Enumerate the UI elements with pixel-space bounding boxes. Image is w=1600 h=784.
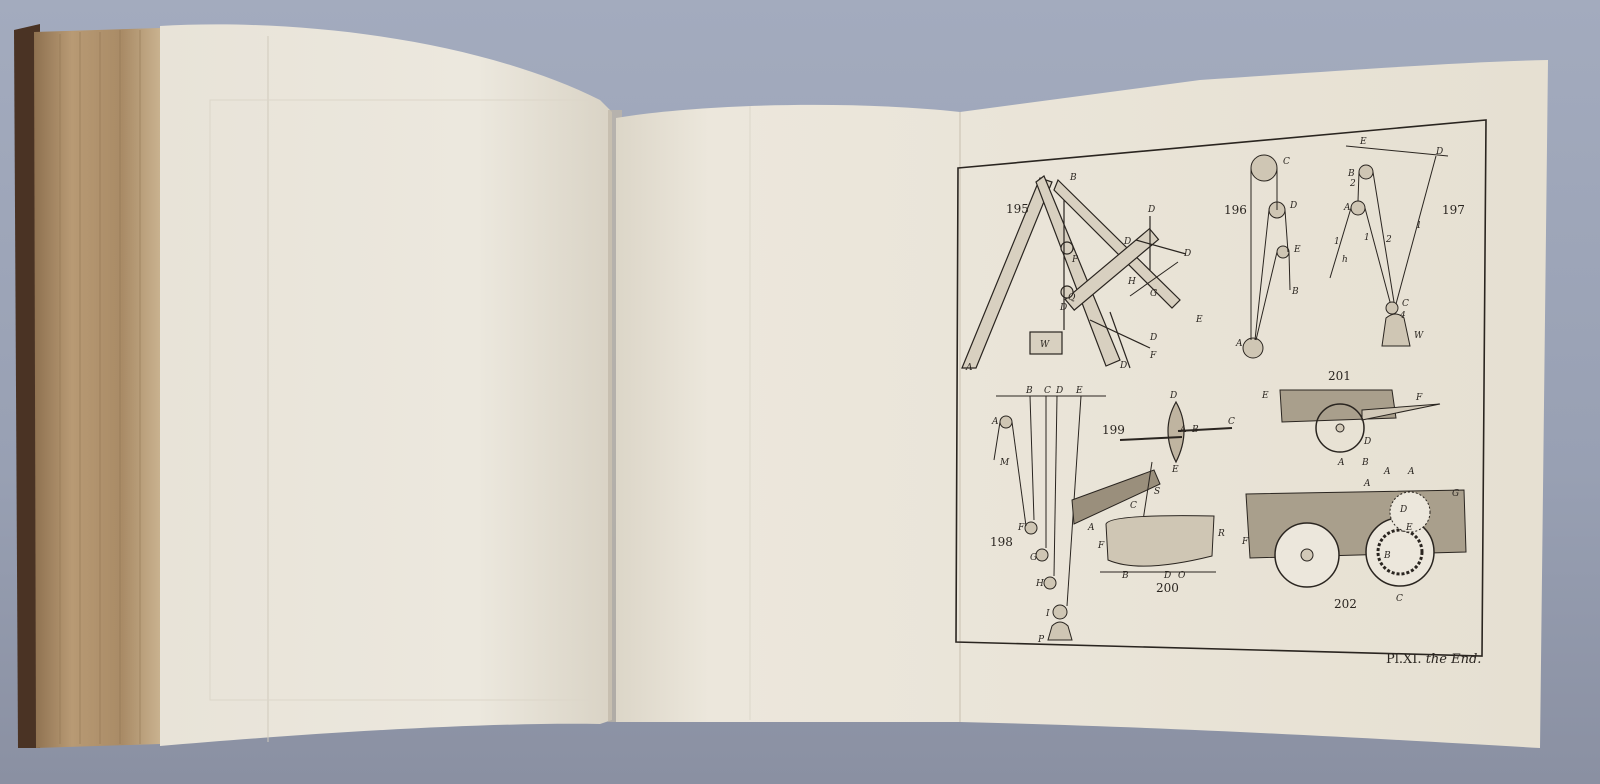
svg-text:D: D (1059, 303, 1067, 313)
svg-text:h: h (1342, 255, 1348, 265)
svg-text:A: A (1383, 467, 1391, 477)
svg-text:F: F (1241, 537, 1249, 547)
svg-text:D: D (1399, 505, 1407, 515)
svg-text:B: B (1383, 551, 1391, 561)
svg-text:D: D (1149, 333, 1157, 343)
svg-text:D: D (1183, 249, 1191, 259)
svg-text:4: 4 (1399, 311, 1406, 321)
svg-text:202: 202 (1334, 597, 1357, 611)
svg-text:O: O (1178, 571, 1186, 581)
svg-text:B: B (1069, 173, 1077, 183)
svg-text:Q: Q (1068, 293, 1076, 303)
svg-text:F: F (1415, 393, 1423, 403)
svg-text:195: 195 (1006, 202, 1029, 216)
svg-text:E: E (1359, 137, 1367, 147)
svg-text:201: 201 (1328, 369, 1351, 383)
svg-text:D: D (1123, 237, 1131, 247)
svg-text:A: A (965, 363, 973, 373)
svg-text:B: B (1347, 169, 1355, 179)
plate-number: Pl.XI. (1386, 652, 1422, 667)
svg-text:H: H (1127, 277, 1136, 287)
svg-text:G: G (1150, 289, 1157, 299)
svg-text:M: M (999, 458, 1010, 468)
svg-text:E: E (1405, 523, 1413, 533)
svg-text:D: D (1169, 391, 1177, 401)
svg-text:197: 197 (1442, 203, 1465, 217)
page-edges (34, 28, 160, 748)
svg-text:H: H (1035, 579, 1044, 589)
svg-text:P: P (1071, 255, 1079, 265)
svg-text:C: C (1228, 417, 1235, 427)
plate-end-note: the End. (1426, 652, 1482, 667)
svg-text:D: D (1363, 437, 1371, 447)
svg-text:F: F (1149, 351, 1157, 361)
svg-text:1: 1 (1334, 237, 1340, 247)
svg-text:E: E (1075, 386, 1083, 396)
svg-text:C: C (1402, 299, 1409, 309)
svg-text:A: A (1087, 523, 1095, 533)
svg-text:D: D (1163, 571, 1171, 581)
svg-text:I: I (1045, 609, 1050, 619)
svg-text:A: A (1407, 467, 1415, 477)
svg-text:196: 196 (1224, 203, 1247, 217)
svg-text:A: A (1363, 479, 1371, 489)
svg-text:G: G (1452, 489, 1459, 499)
svg-text:2: 2 (1349, 179, 1356, 189)
book-illustration: BPQ WAD DDD DDH GEF 195 CDEBA 196 EDB2 A… (0, 0, 1600, 784)
svg-text:F: F (1097, 541, 1105, 551)
svg-text:W: W (1040, 340, 1050, 350)
svg-text:W: W (1414, 331, 1424, 341)
open-book: BPQ WAD DDD DDH GEF 195 CDEBA 196 EDB2 A… (0, 0, 1600, 784)
svg-text:B: B (1025, 386, 1033, 396)
plate-caption: Pl.XI. the End. (1386, 652, 1481, 667)
svg-text:C: C (1283, 157, 1290, 167)
svg-text:R: R (1217, 529, 1225, 539)
svg-text:B: B (1361, 458, 1369, 468)
svg-text:G: G (1030, 553, 1037, 563)
svg-text:D: D (1147, 205, 1155, 215)
svg-text:D: D (1435, 147, 1443, 157)
svg-text:D: D (1119, 361, 1127, 371)
svg-text:A: A (1179, 425, 1187, 435)
svg-text:B: B (1191, 425, 1199, 435)
svg-text:C: C (1130, 501, 1137, 511)
svg-text:P: P (1037, 635, 1045, 645)
svg-text:199: 199 (1102, 423, 1125, 437)
svg-text:1: 1 (1364, 233, 1370, 243)
svg-text:S: S (1154, 487, 1160, 497)
svg-text:D: D (1289, 201, 1297, 211)
svg-text:A: A (991, 417, 999, 427)
svg-text:F: F (1017, 523, 1025, 533)
svg-text:1: 1 (1416, 221, 1422, 231)
svg-text:C: C (1044, 386, 1051, 396)
svg-text:D: D (1055, 386, 1063, 396)
svg-text:A: A (1343, 203, 1351, 213)
svg-text:B: B (1291, 287, 1299, 297)
svg-text:200: 200 (1156, 581, 1179, 595)
svg-text:A: A (1235, 339, 1243, 349)
svg-text:A: A (1337, 458, 1345, 468)
svg-text:198: 198 (990, 535, 1013, 549)
svg-text:2: 2 (1385, 235, 1392, 245)
svg-text:E: E (1195, 315, 1203, 325)
svg-text:B: B (1121, 571, 1129, 581)
left-page (160, 24, 612, 746)
svg-text:E: E (1261, 391, 1269, 401)
svg-text:C: C (1396, 594, 1403, 604)
svg-text:E: E (1293, 245, 1301, 255)
svg-text:E: E (1171, 465, 1179, 475)
